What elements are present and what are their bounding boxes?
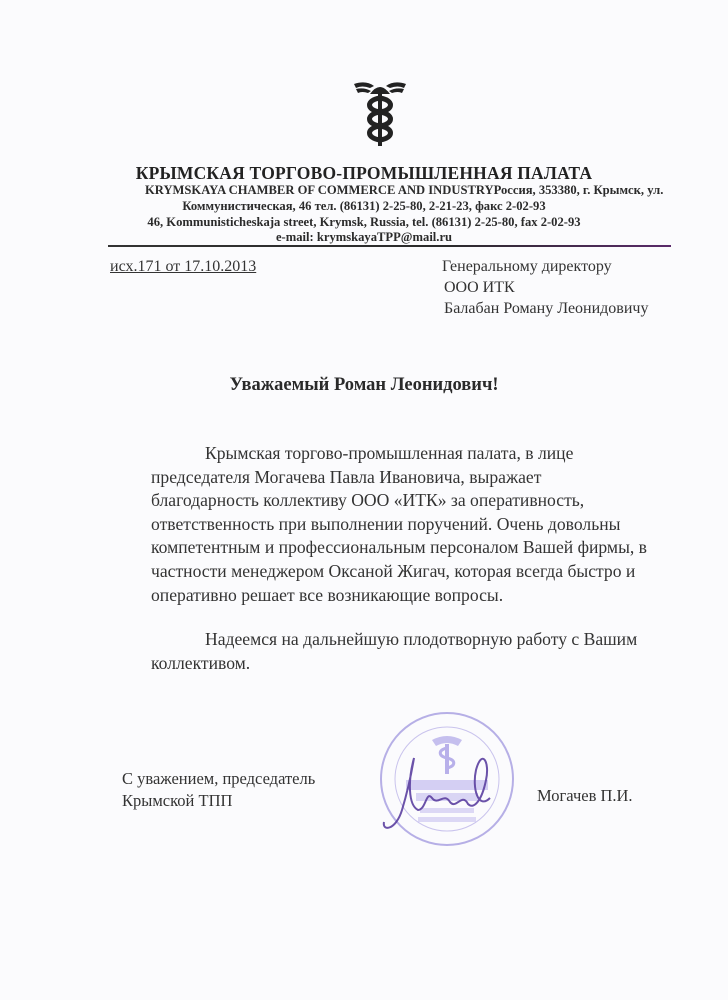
addressee-title: Генеральному директору	[442, 256, 648, 277]
letterhead-divider	[108, 245, 671, 247]
salutation: Уважаемый Роман Леонидович!	[0, 375, 728, 396]
addressee-company: ООО ИТК	[442, 277, 648, 298]
caduceus-winged-helmet-icon	[352, 70, 408, 150]
body-paragraph-1: Крымская торгово-промышленная палата, в …	[151, 442, 651, 607]
reference-number: исх.171 от 17.10.2013	[110, 258, 256, 276]
signatory-name: Могачев П.И.	[537, 786, 633, 806]
letter-body: Крымская торгово-промышленная палата, в …	[151, 442, 651, 675]
closing-line-1: С уважением, председатель	[122, 768, 315, 790]
addressee-name: Балабан Роману Леонидовичу	[442, 298, 648, 319]
letterhead-email: e-mail: krymskayaTPP@mail.ru	[0, 230, 728, 245]
letterhead-line-1: KRYMSKAYA CHAMBER OF COMMERCE AND INDUST…	[145, 183, 663, 198]
organization-title: КРЫМСКАЯ ТОРГОВО-ПРОМЫШЛЕННАЯ ПАЛАТА	[0, 163, 728, 184]
closing-block: С уважением, председатель Крымской ТПП	[122, 768, 315, 812]
addressee-block: Генеральному директору ООО ИТК Балабан Р…	[442, 256, 648, 319]
letterhead-line-3: 46, Kommunisticheskaja street, Krymsk, R…	[0, 215, 728, 230]
closing-line-2: Крымской ТПП	[122, 790, 315, 812]
letterhead-line-2: Коммунистическая, 46 тел. (86131) 2-25-8…	[0, 199, 728, 214]
body-paragraph-2: Надеемся на дальнейшую плодотворную рабо…	[151, 628, 651, 675]
official-stamp-icon	[378, 710, 516, 848]
